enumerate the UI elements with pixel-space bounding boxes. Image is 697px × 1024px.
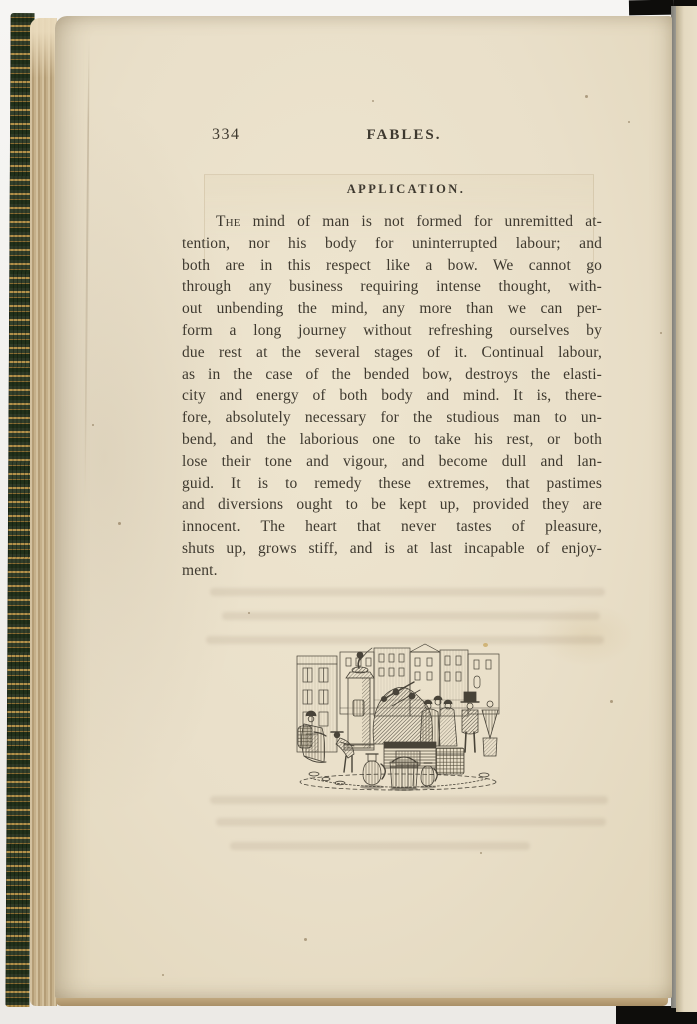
body-line: innocent. The heart that never tastes of…: [182, 516, 602, 538]
text-showthrough: [216, 818, 606, 826]
body-line: out unbending the mind, any more than we…: [182, 298, 602, 320]
foxing-speck: [372, 100, 374, 102]
pedestal-statue: [344, 648, 374, 750]
body-line: due rest at the several stages of it. Co…: [182, 342, 602, 364]
body-line: fore, absolutely necessary for the studi…: [182, 407, 602, 429]
woodcut-illustration: [296, 642, 500, 792]
book-photograph: 334 FABLES. APPLICATION. The mind of man…: [0, 0, 697, 1024]
text-showthrough: [222, 612, 600, 620]
body-paragraph: The mind of man is not formed for unremi…: [182, 211, 602, 582]
cover-corner-top-right: [629, 0, 674, 15]
section-heading: APPLICATION.: [184, 182, 628, 197]
body-line: bend, and the laborious one to take his …: [182, 429, 602, 451]
foxing-speck: [304, 938, 307, 941]
facing-page-edge: [676, 6, 697, 1012]
text-showthrough: [210, 588, 605, 596]
body-line: both are in this respect like a bow. We …: [182, 255, 602, 277]
foxing-speck: [660, 332, 662, 334]
text-showthrough: [230, 842, 530, 850]
body-line: city and energy of both body and mind. I…: [182, 385, 602, 407]
body-line: as in the case of the bended bow, destro…: [182, 364, 602, 386]
running-title: FABLES.: [182, 127, 626, 144]
text-showthrough: [210, 796, 608, 804]
lead-word: The: [216, 213, 241, 230]
body-line: form a long journey without refreshing o…: [182, 320, 602, 342]
foxing-speck: [585, 95, 588, 98]
body-line: guid. It is to remedy these extremes, th…: [182, 473, 602, 495]
foxing-speck: [92, 424, 94, 426]
body-line: lose their tone and vigour, and become d…: [182, 451, 602, 473]
jug: [363, 754, 385, 785]
foxing-speck: [118, 522, 121, 525]
foxing-speck: [610, 700, 613, 703]
body-line: shuts up, grows stiff, and is at last in…: [182, 538, 602, 560]
body-line: through any business requiring intense t…: [182, 276, 602, 298]
pail: [390, 757, 418, 788]
foxing-speck: [628, 121, 630, 123]
page-edge-stack: [30, 18, 57, 1006]
body-line: tention, nor his body for uninterrupted …: [182, 233, 602, 255]
foxing-speck: [480, 852, 482, 854]
foxing-speck: [162, 974, 164, 976]
body-line: ment.: [182, 560, 602, 582]
body-line: and diversions ought to be kept up, prov…: [182, 494, 602, 516]
foxing-speck: [248, 612, 250, 614]
body-line-text: mind of man is not formed for unremitted…: [253, 213, 602, 230]
body-line: The mind of man is not formed for unremi…: [182, 211, 602, 233]
